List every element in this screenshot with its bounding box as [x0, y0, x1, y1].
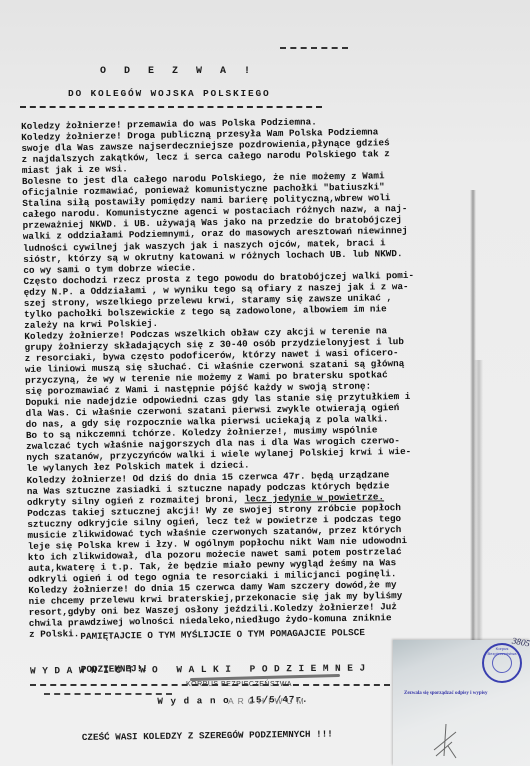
bottom-divider-secondary [44, 693, 172, 695]
permission-note: Zezwala się sporządzać odpisy i wypisy [404, 691, 487, 696]
archive-seal-icon: Korpus Bezpieczeństwa [482, 643, 522, 683]
document-subtitle: DO KOLEGÓW WOJSKA POLSKIEGO [68, 88, 271, 99]
document-title: O D E Z W A ! [100, 66, 256, 77]
document-body: Koledzy żołnierze! przemawia do was Pols… [21, 114, 489, 640]
closing-greeting: CZEŚĆ WASI KOLEDZY Z SZEREGÓW PODZIEMNYC… [82, 728, 367, 743]
top-dash-marks [280, 47, 348, 51]
seal-emblem-icon [492, 653, 512, 673]
issued-date: W y d a n o 15/5/47r. [81, 693, 366, 708]
korpus-stamp: KORPUS BEZPIECZEŃSTWA [186, 681, 292, 688]
closing-line-1: PAMIĘTAJCIE O TYM MYŚLIJCIE O TYM POMAGA… [80, 627, 365, 642]
archiwum-stamp: ARCHIWUM [228, 696, 308, 706]
title-divider [20, 106, 322, 108]
handwritten-signature-icon [430, 720, 460, 760]
scanned-document-page: O D E Z W A ! DO KOLEGÓW WOJSKA POLSKIEG… [0, 0, 530, 766]
